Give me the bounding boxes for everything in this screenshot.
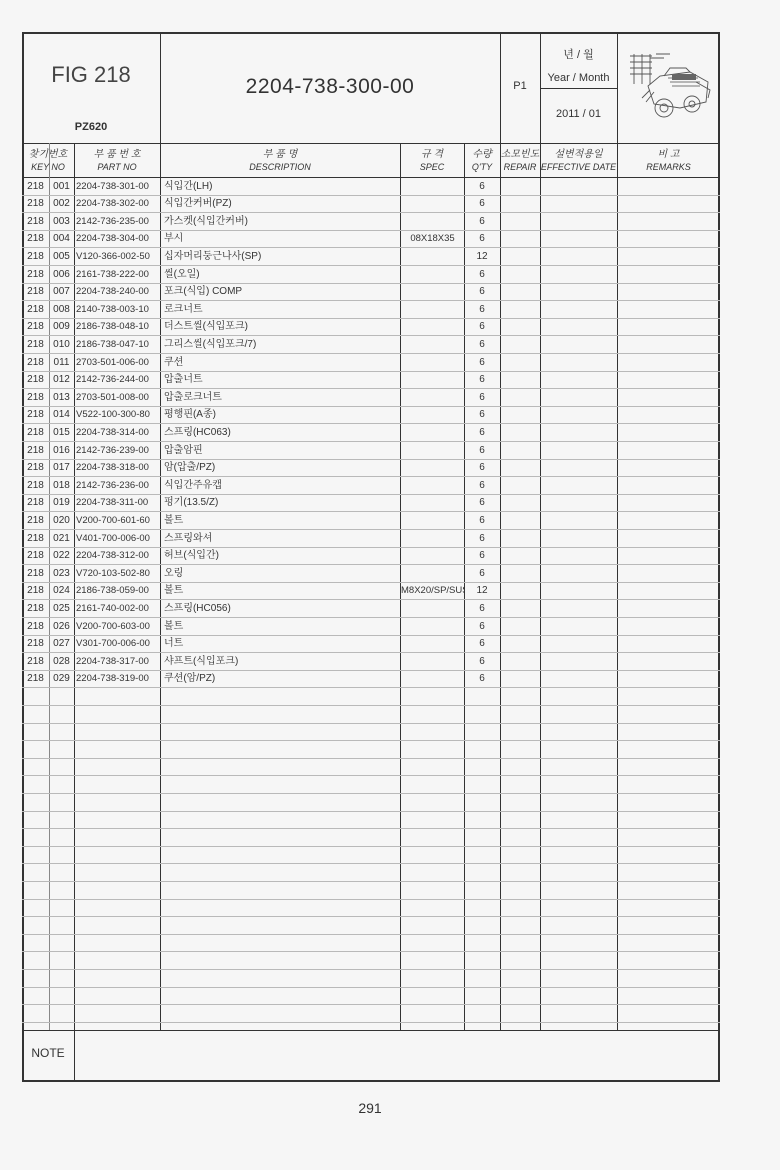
figure-ref: 218 <box>22 424 49 441</box>
row-divider <box>22 1022 720 1023</box>
quantity: 6 <box>464 195 500 212</box>
figure-ref: 218 <box>22 530 49 547</box>
quantity: 6 <box>464 442 500 459</box>
quantity: 6 <box>464 371 500 388</box>
divider <box>540 88 617 89</box>
figure-ref: 218 <box>22 494 49 511</box>
divider <box>500 177 501 1030</box>
part-description: 씰(오일) <box>164 266 400 283</box>
part-number: 2204-738-240-00 <box>76 283 160 300</box>
row-divider <box>22 740 720 741</box>
key-number: 026 <box>49 618 74 635</box>
rice-transplanter-icon <box>620 46 716 126</box>
part-number: V720-103-502-80 <box>76 565 160 582</box>
figure-ref: 218 <box>22 195 49 212</box>
quantity: 6 <box>464 670 500 687</box>
divider <box>22 143 720 144</box>
part-description: 스프링(HC056) <box>164 600 400 617</box>
row-divider <box>22 969 720 970</box>
figure-ref: 218 <box>22 565 49 582</box>
key-number: 009 <box>49 318 74 335</box>
quantity: 6 <box>464 565 500 582</box>
column-header-ko: 찾기번호 <box>22 145 74 160</box>
key-number: 010 <box>49 336 74 353</box>
part-spec <box>401 248 464 265</box>
quantity: 6 <box>464 389 500 406</box>
part-spec <box>401 530 464 547</box>
part-number: V301-700-006-00 <box>76 635 160 652</box>
part-description: 로크너트 <box>164 301 400 318</box>
key-number: 002 <box>49 195 74 212</box>
figure-ref: 218 <box>22 266 49 283</box>
column-header-ko: 소모빈도 <box>500 145 540 160</box>
part-number: 2204-738-314-00 <box>76 424 160 441</box>
quantity: 12 <box>464 582 500 599</box>
row-divider <box>22 705 720 706</box>
row-divider <box>22 687 720 688</box>
part-number: 2186-738-059-00 <box>76 582 160 599</box>
year-month-label-ko: 년 / 월 <box>540 46 617 62</box>
quantity: 6 <box>464 336 500 353</box>
part-number: 2204-738-318-00 <box>76 459 160 476</box>
column-header: Q'TY <box>464 162 500 172</box>
part-description: 식입간커버(PZ) <box>164 195 400 212</box>
part-number: 2186-738-048-10 <box>76 318 160 335</box>
part-number: 2204-738-302-00 <box>76 195 160 212</box>
part-description: 오링 <box>164 565 400 582</box>
part-number: 2142-736-239-00 <box>76 442 160 459</box>
divider <box>160 177 161 1030</box>
key-number: 004 <box>49 230 74 247</box>
part-number: 2204-738-317-00 <box>76 653 160 670</box>
part-description: 샤프트(식입포크) <box>164 653 400 670</box>
figure-ref: 218 <box>22 635 49 652</box>
column-header: KEY NO <box>22 162 74 172</box>
note-label: NOTE <box>22 1046 74 1060</box>
quantity: 6 <box>464 266 500 283</box>
key-number: 013 <box>49 389 74 406</box>
column-header: PART NO <box>74 162 160 172</box>
figure-ref: 218 <box>22 230 49 247</box>
part-description: 압출너트 <box>164 371 400 388</box>
part-spec <box>401 354 464 371</box>
year-month-label: Year / Month <box>540 72 617 84</box>
row-divider <box>22 934 720 935</box>
divider <box>540 177 541 1030</box>
divider <box>74 143 75 1030</box>
key-number: 018 <box>49 477 74 494</box>
figure-ref: 218 <box>22 459 49 476</box>
row-divider <box>22 881 720 882</box>
part-spec <box>401 512 464 529</box>
part-number: 2140-738-003-10 <box>76 301 160 318</box>
row-divider <box>22 723 720 724</box>
column-header: DESCRIPTION <box>160 162 400 172</box>
row-divider <box>22 775 720 776</box>
divider <box>617 177 618 1030</box>
key-number: 016 <box>49 442 74 459</box>
part-spec <box>401 653 464 670</box>
quantity: 6 <box>464 301 500 318</box>
part-spec <box>401 195 464 212</box>
part-spec <box>401 424 464 441</box>
divider <box>22 1030 720 1031</box>
quantity: 6 <box>464 178 500 195</box>
row-divider <box>22 863 720 864</box>
part-spec <box>401 301 464 318</box>
key-number: 015 <box>49 424 74 441</box>
part-description: 허브(식입간) <box>164 547 400 564</box>
part-spec: 08X18X35 <box>401 230 464 247</box>
figure-ref: 218 <box>22 389 49 406</box>
key-number: 021 <box>49 530 74 547</box>
part-description: 평행핀(A종) <box>164 406 400 423</box>
part-description: 부시 <box>164 230 400 247</box>
figure-ref: 218 <box>22 283 49 300</box>
quantity: 6 <box>464 530 500 547</box>
figure-ref: 218 <box>22 618 49 635</box>
part-number: V401-700-006-00 <box>76 530 160 547</box>
quantity: 6 <box>464 354 500 371</box>
part-spec <box>401 565 464 582</box>
quantity: 6 <box>464 283 500 300</box>
part-number: 2186-738-047-10 <box>76 336 160 353</box>
quantity: 6 <box>464 512 500 529</box>
column-header-ko: 부 품 명 <box>160 145 400 160</box>
column-header: REPAIR <box>500 162 540 172</box>
part-description: 포크(식입) COMP <box>164 283 400 300</box>
part-spec <box>401 406 464 423</box>
part-number: V200-700-603-00 <box>76 618 160 635</box>
part-description: 쿠션 <box>164 354 400 371</box>
column-header-ko: 수량 <box>464 145 500 160</box>
key-number: 029 <box>49 670 74 687</box>
figure-ref: 218 <box>22 213 49 230</box>
key-number: 014 <box>49 406 74 423</box>
column-header-ko: 설변적용일 <box>540 145 617 160</box>
figure-ref: 218 <box>22 248 49 265</box>
part-number: 2142-736-236-00 <box>76 477 160 494</box>
part-description: 가스켓(식입간커버) <box>164 213 400 230</box>
key-number: 025 <box>49 600 74 617</box>
row-divider <box>22 846 720 847</box>
key-number: 012 <box>49 371 74 388</box>
figure-ref: 218 <box>22 600 49 617</box>
key-number: 011 <box>49 354 74 371</box>
key-number: 023 <box>49 565 74 582</box>
figure-ref: 218 <box>22 301 49 318</box>
key-number: 001 <box>49 178 74 195</box>
quantity: 12 <box>464 248 500 265</box>
part-spec <box>401 371 464 388</box>
part-number: 2204-738-311-00 <box>76 494 160 511</box>
part-description: 볼트 <box>164 512 400 529</box>
divider <box>74 1030 75 1082</box>
key-number: 003 <box>49 213 74 230</box>
quantity: 6 <box>464 406 500 423</box>
part-description: 압출암핀 <box>164 442 400 459</box>
part-description: 암(압출/PZ) <box>164 459 400 476</box>
quantity: 6 <box>464 653 500 670</box>
part-number: V200-700-601-60 <box>76 512 160 529</box>
part-spec <box>401 670 464 687</box>
part-number: 2703-501-006-00 <box>76 354 160 371</box>
page-code: P1 <box>500 80 540 92</box>
row-divider <box>22 1004 720 1005</box>
part-spec <box>401 459 464 476</box>
figure-ref: 218 <box>22 336 49 353</box>
part-spec <box>401 600 464 617</box>
part-spec <box>401 336 464 353</box>
part-number: 2204-738-304-00 <box>76 230 160 247</box>
part-description: 스프링(HC063) <box>164 424 400 441</box>
part-spec <box>401 635 464 652</box>
column-header: REMARKS <box>617 162 720 172</box>
figure-ref: 218 <box>22 406 49 423</box>
quantity: 6 <box>464 424 500 441</box>
column-header: EFFECTIVE DATE <box>540 162 617 172</box>
part-description: 그리스씰(식입포크/7) <box>164 336 400 353</box>
part-number: 2204-738-319-00 <box>76 670 160 687</box>
part-spec <box>401 178 464 195</box>
part-description: 볼트 <box>164 618 400 635</box>
column-header-ko: 규 격 <box>400 145 464 160</box>
part-spec <box>401 494 464 511</box>
quantity: 6 <box>464 494 500 511</box>
quantity: 6 <box>464 618 500 635</box>
row-divider <box>22 758 720 759</box>
row-divider <box>22 951 720 952</box>
part-number: 2204-738-312-00 <box>76 547 160 564</box>
key-number: 027 <box>49 635 74 652</box>
figure-number: FIG 218 <box>22 62 160 88</box>
part-spec <box>401 547 464 564</box>
part-number: V120-366-002-50 <box>76 248 160 265</box>
row-divider <box>22 899 720 900</box>
key-number: 022 <box>49 547 74 564</box>
quantity: 6 <box>464 477 500 494</box>
year-month-value: 2011 / 01 <box>540 108 617 120</box>
key-number: 008 <box>49 301 74 318</box>
key-number: 017 <box>49 459 74 476</box>
figure-ref: 218 <box>22 512 49 529</box>
part-number: 2161-738-222-00 <box>76 266 160 283</box>
quantity: 6 <box>464 213 500 230</box>
quantity: 6 <box>464 635 500 652</box>
quantity: 6 <box>464 459 500 476</box>
page-number: 291 <box>0 1100 740 1116</box>
assembly-part-number: 2204-738-300-00 <box>160 75 500 99</box>
column-header-ko: 부 품 번 호 <box>74 145 160 160</box>
part-description: 압출로크너트 <box>164 389 400 406</box>
column-header-ko: 비 고 <box>617 145 720 160</box>
figure-ref: 218 <box>22 477 49 494</box>
part-number: 2142-736-235-00 <box>76 213 160 230</box>
part-spec <box>401 266 464 283</box>
quantity: 6 <box>464 318 500 335</box>
part-number: 2161-740-002-00 <box>76 600 160 617</box>
figure-ref: 218 <box>22 653 49 670</box>
part-spec: M8X20/SP/SUS <box>401 582 464 599</box>
row-divider <box>22 811 720 812</box>
part-description: 십자머리둥근나사(SP) <box>164 248 400 265</box>
key-number: 019 <box>49 494 74 511</box>
part-description: 너트 <box>164 635 400 652</box>
row-divider <box>22 987 720 988</box>
part-description: 더스트씰(식입포크) <box>164 318 400 335</box>
part-spec <box>401 442 464 459</box>
key-number: 020 <box>49 512 74 529</box>
key-number: 024 <box>49 582 74 599</box>
part-description: 펑기(13.5/Z) <box>164 494 400 511</box>
part-description: 식입간(LH) <box>164 178 400 195</box>
figure-ref: 218 <box>22 371 49 388</box>
key-number: 006 <box>49 266 74 283</box>
figure-ref: 218 <box>22 442 49 459</box>
quantity: 6 <box>464 230 500 247</box>
figure-ref: 218 <box>22 670 49 687</box>
key-number: 028 <box>49 653 74 670</box>
part-spec <box>401 318 464 335</box>
row-divider <box>22 916 720 917</box>
part-description: 식입간주유캡 <box>164 477 400 494</box>
part-spec <box>401 618 464 635</box>
part-number: 2142-736-244-00 <box>76 371 160 388</box>
part-number: 2204-738-301-00 <box>76 178 160 195</box>
key-number: 005 <box>49 248 74 265</box>
row-divider <box>22 793 720 794</box>
part-spec <box>401 283 464 300</box>
key-number: 007 <box>49 283 74 300</box>
part-spec <box>401 389 464 406</box>
figure-ref: 218 <box>22 178 49 195</box>
part-description: 볼트 <box>164 582 400 599</box>
part-number: V522-100-300-80 <box>76 406 160 423</box>
figure-ref: 218 <box>22 582 49 599</box>
figure-ref: 218 <box>22 354 49 371</box>
part-number: 2703-501-008-00 <box>76 389 160 406</box>
column-header: SPEC <box>400 162 464 172</box>
figure-ref: 218 <box>22 318 49 335</box>
model-name: PZ620 <box>22 121 160 133</box>
part-description: 스프링와셔 <box>164 530 400 547</box>
part-spec <box>401 213 464 230</box>
quantity: 6 <box>464 547 500 564</box>
figure-ref: 218 <box>22 547 49 564</box>
part-spec <box>401 477 464 494</box>
row-divider <box>22 828 720 829</box>
quantity: 6 <box>464 600 500 617</box>
part-description: 쿠션(암/PZ) <box>164 670 400 687</box>
